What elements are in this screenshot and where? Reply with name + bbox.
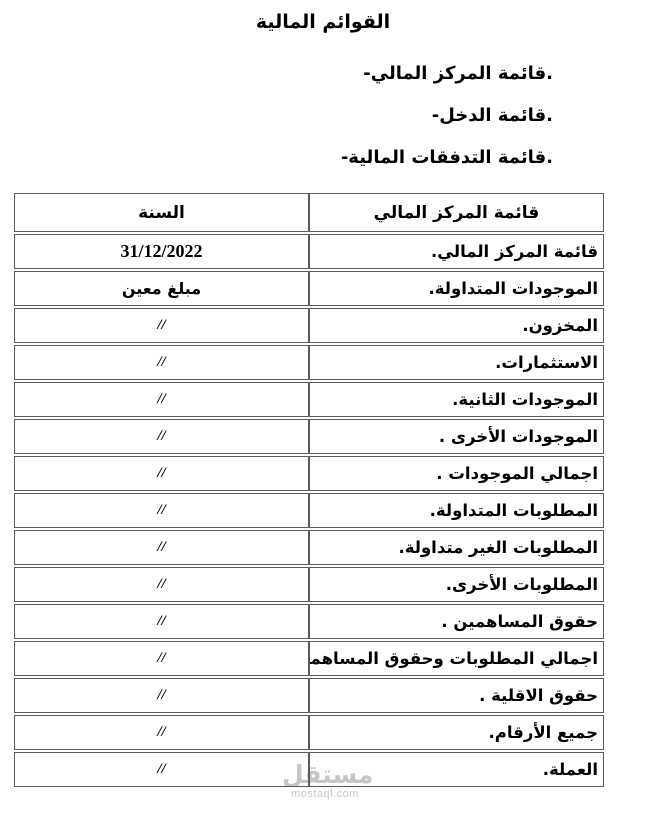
table-row: الموجودات الثانية.//: [14, 382, 604, 417]
table-row: قائمة المركز المالي.31/12/2022: [14, 234, 604, 269]
row-value: //: [14, 419, 309, 454]
table-row: جميع الأرقام.//: [14, 715, 604, 750]
row-value: //: [14, 641, 309, 676]
row-label: جميع الأرقام.: [309, 715, 604, 750]
row-label: المطلوبات الأخرى.: [309, 567, 604, 602]
list-item-cash-flows: -قائمة التدفقات المالية.: [0, 146, 553, 170]
table-body: قائمة المركز المالي.31/12/2022الموجودات …: [14, 234, 604, 787]
row-value: //: [14, 678, 309, 713]
row-value: //: [14, 345, 309, 380]
table-header-row: قائمة المركز المالي السنة: [14, 193, 604, 232]
table-row: الموجودات المتداولة.مبلغ معين: [14, 271, 604, 306]
table-row: اجمالي الموجودات .//: [14, 456, 604, 491]
row-label: العملة.: [309, 752, 604, 787]
mostaql-domain: mostaql.com: [282, 788, 368, 800]
row-label: اجمالي الموجودات .: [309, 456, 604, 491]
row-value: 31/12/2022: [14, 234, 309, 269]
row-value: //: [14, 715, 309, 750]
row-label: الاستثمارات.: [309, 345, 604, 380]
table-row: حقوق الاقلية .//: [14, 678, 604, 713]
row-label: حقوق المساهمين .: [309, 604, 604, 639]
header-cell-year: السنة: [14, 193, 309, 232]
row-label: الموجودات الثانية.: [309, 382, 604, 417]
row-label: المخزون.: [309, 308, 604, 343]
row-label: الموجودات المتداولة.: [309, 271, 604, 306]
table-row: المطلوبات المتداولة.//: [14, 493, 604, 528]
table-row: المخزون.//: [14, 308, 604, 343]
row-value: //: [14, 604, 309, 639]
row-value: مبلغ معين: [14, 271, 309, 306]
table-row: المطلوبات الغير متداولة.//: [14, 530, 604, 565]
row-value: //: [14, 530, 309, 565]
row-value: //: [14, 493, 309, 528]
row-value: //: [14, 456, 309, 491]
document-page: { "page": { "title": "القوائم المالية" }…: [0, 0, 646, 818]
list-item-balance-sheet: -قائمة المركز المالي.: [0, 62, 553, 86]
page-title: القوائم المالية: [0, 0, 646, 35]
row-label: الموجودات الأخرى .: [309, 419, 604, 454]
row-value: //: [14, 382, 309, 417]
row-label: اجمالي المطلوبات وحقوق المساهمين .: [309, 641, 604, 676]
table-row: المطلوبات الأخرى.//: [14, 567, 604, 602]
row-label: المطلوبات المتداولة.: [309, 493, 604, 528]
table-header: قائمة المركز المالي السنة: [14, 193, 604, 232]
table-row: الموجودات الأخرى .//: [14, 419, 604, 454]
financial-position-table: قائمة المركز المالي السنة قائمة المركز ا…: [14, 191, 604, 789]
row-value: //: [14, 752, 309, 787]
list-item-income-statement: -قائمة الدخل.: [0, 104, 553, 128]
table-row: العملة.//: [14, 752, 604, 787]
row-value: //: [14, 308, 309, 343]
table-row: الاستثمارات.//: [14, 345, 604, 380]
row-label: قائمة المركز المالي.: [309, 234, 604, 269]
row-label: المطلوبات الغير متداولة.: [309, 530, 604, 565]
table-row: حقوق المساهمين .//: [14, 604, 604, 639]
row-value: //: [14, 567, 309, 602]
header-cell-statement: قائمة المركز المالي: [309, 193, 604, 232]
table-row: اجمالي المطلوبات وحقوق المساهمين .//: [14, 641, 604, 676]
statements-list: -قائمة المركز المالي. -قائمة الدخل. -قائ…: [0, 62, 553, 170]
row-label: حقوق الاقلية .: [309, 678, 604, 713]
